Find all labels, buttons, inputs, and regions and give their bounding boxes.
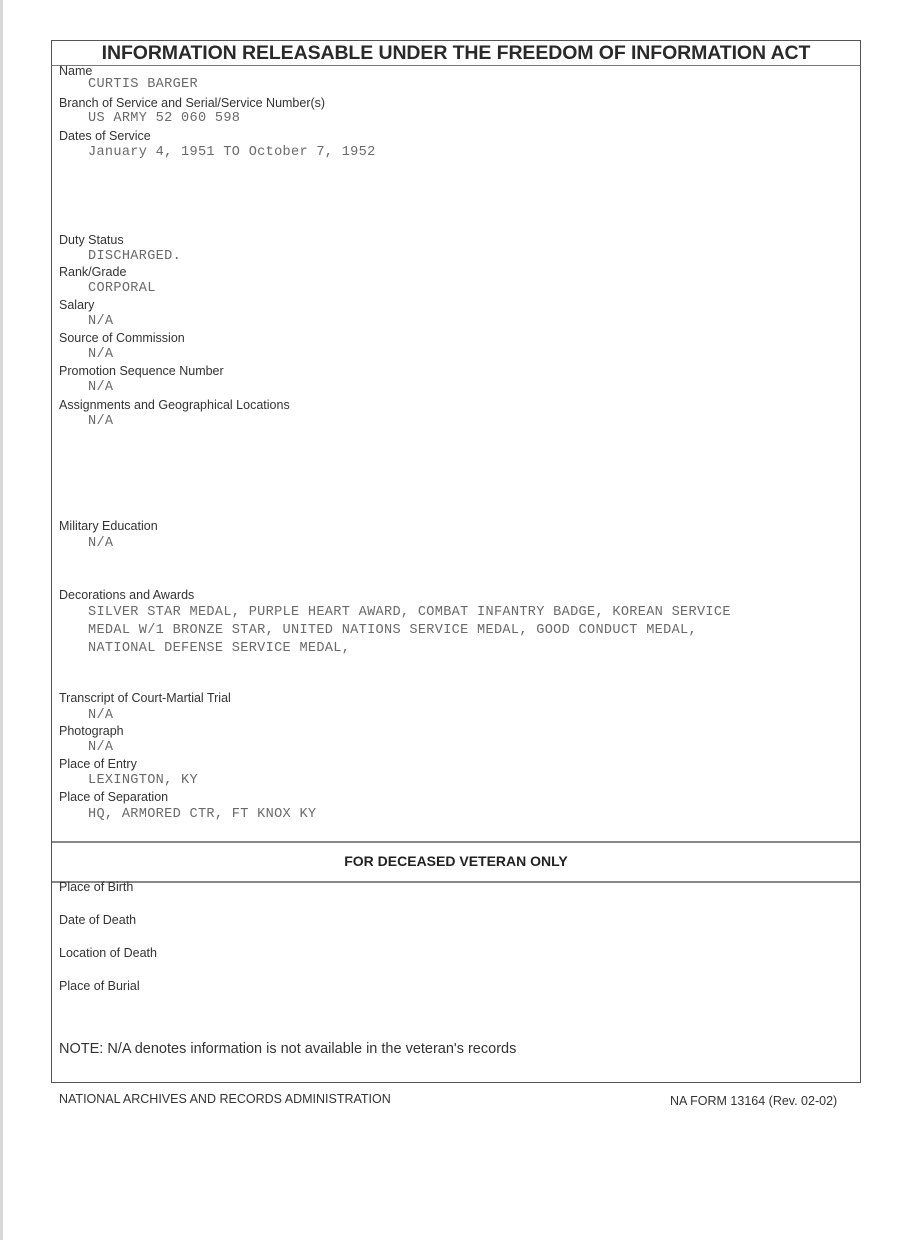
commission-label: Source of Commission [59, 331, 185, 345]
decorations-line-3: NATIONAL DEFENSE SERVICE MEDAL, [88, 641, 350, 656]
promotion-label: Promotion Sequence Number [59, 364, 224, 378]
photograph-value: N/A [88, 740, 113, 755]
place-of-birth-label: Place of Birth [59, 880, 133, 894]
place-entry-value: LEXINGTON, KY [88, 773, 198, 788]
decorations-line-1: SILVER STAR MEDAL, PURPLE HEART AWARD, C… [88, 605, 731, 620]
footer-agency: NATIONAL ARCHIVES AND RECORDS ADMINISTRA… [59, 1092, 391, 1106]
photograph-label: Photograph [59, 724, 124, 738]
name-label: Name [59, 64, 92, 78]
promotion-value: N/A [88, 380, 113, 395]
education-value: N/A [88, 536, 113, 551]
duty-status-value: DISCHARGED. [88, 249, 181, 264]
dates-label: Dates of Service [59, 129, 151, 143]
decorations-label: Decorations and Awards [59, 588, 194, 602]
court-martial-label: Transcript of Court-Martial Trial [59, 691, 231, 705]
commission-value: N/A [88, 347, 113, 362]
name-value: CURTIS BARGER [88, 77, 198, 92]
foia-form: INFORMATION RELEASABLE UNDER THE FREEDOM… [51, 40, 861, 1083]
date-of-death-label: Date of Death [59, 913, 136, 927]
place-separation-value: HQ, ARMORED CTR, FT KNOX KY [88, 807, 316, 822]
scan-edge [0, 0, 3, 1240]
dates-value: January 4, 1951 TO October 7, 1952 [88, 145, 376, 160]
rank-label: Rank/Grade [59, 265, 126, 279]
location-of-death-label: Location of Death [59, 946, 157, 960]
rank-value: CORPORAL [88, 281, 156, 296]
salary-value: N/A [88, 314, 113, 329]
place-separation-label: Place of Separation [59, 790, 168, 804]
na-note: NOTE: N/A denotes information is not ava… [59, 1041, 516, 1057]
court-martial-value: N/A [88, 708, 113, 723]
footer-form-number: NA FORM 13164 (Rev. 02-02) [670, 1094, 837, 1108]
assignments-value: N/A [88, 414, 113, 429]
salary-label: Salary [59, 298, 94, 312]
education-label: Military Education [59, 519, 158, 533]
form-title: INFORMATION RELEASABLE UNDER THE FREEDOM… [52, 41, 860, 66]
branch-value: US ARMY 52 060 598 [88, 111, 240, 126]
deceased-section-header: FOR DECEASED VETERAN ONLY [52, 841, 860, 883]
duty-status-label: Duty Status [59, 233, 124, 247]
decorations-line-2: MEDAL W/1 BRONZE STAR, UNITED NATIONS SE… [88, 623, 697, 638]
place-entry-label: Place of Entry [59, 757, 137, 771]
assignments-label: Assignments and Geographical Locations [59, 398, 290, 412]
branch-label: Branch of Service and Serial/Service Num… [59, 96, 325, 110]
place-of-burial-label: Place of Burial [59, 979, 140, 993]
